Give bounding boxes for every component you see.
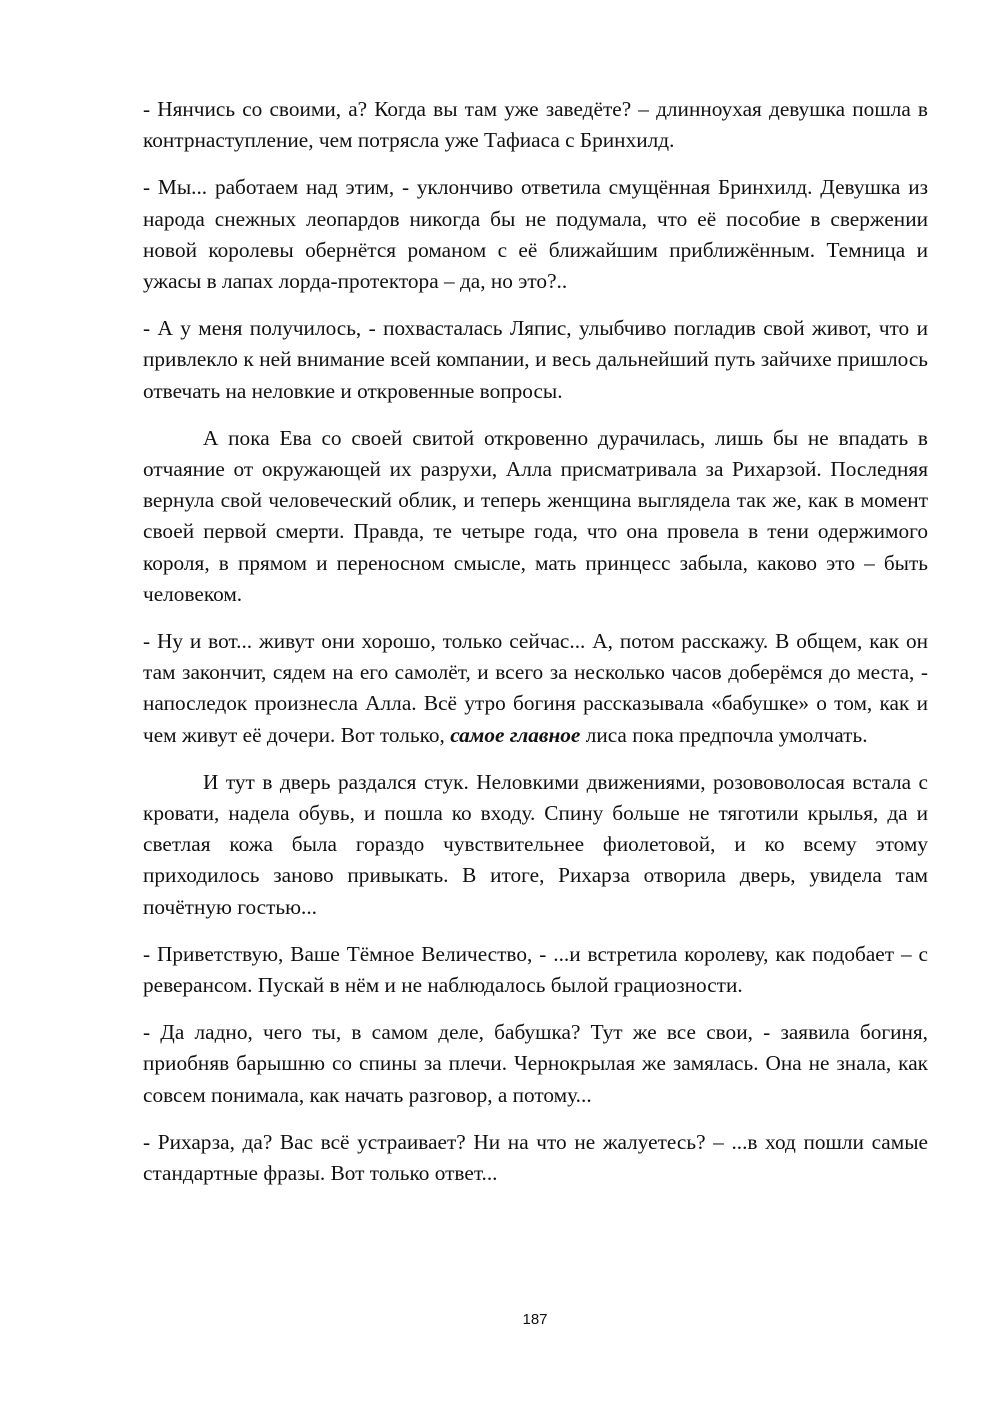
paragraph-narrative-1: А пока Ева со своей свитой откровенно ду… xyxy=(143,423,928,610)
paragraph-text-after-emphasis: лиса пока предпочла умолчать. xyxy=(580,723,867,747)
emphasized-phrase: самое главное xyxy=(450,723,580,747)
paragraph-dialogue-3: - А у меня получилось, - похвасталась Ля… xyxy=(143,313,928,407)
document-page: - Нянчись со своими, а? Когда вы там уже… xyxy=(0,0,1000,1414)
paragraph-dialogue-2: - Мы... работаем над этим, - уклончиво о… xyxy=(143,172,928,297)
paragraph-dialogue-7: - Рихарза, да? Вас всё устраивает? Ни на… xyxy=(143,1127,928,1189)
paragraph-narrative-2: И тут в дверь раздался стук. Неловкими д… xyxy=(143,767,928,923)
body-text: - Нянчись со своими, а? Когда вы там уже… xyxy=(143,94,928,1205)
paragraph-dialogue-1: - Нянчись со своими, а? Когда вы там уже… xyxy=(143,94,928,156)
page-number: 187 xyxy=(0,1311,1000,1328)
paragraph-dialogue-5: - Приветствую, Ваше Тёмное Величество, -… xyxy=(143,939,928,1001)
paragraph-dialogue-4: - Ну и вот... живут они хорошо, только с… xyxy=(143,626,928,751)
paragraph-dialogue-6: - Да ладно, чего ты, в самом деле, бабуш… xyxy=(143,1017,928,1111)
